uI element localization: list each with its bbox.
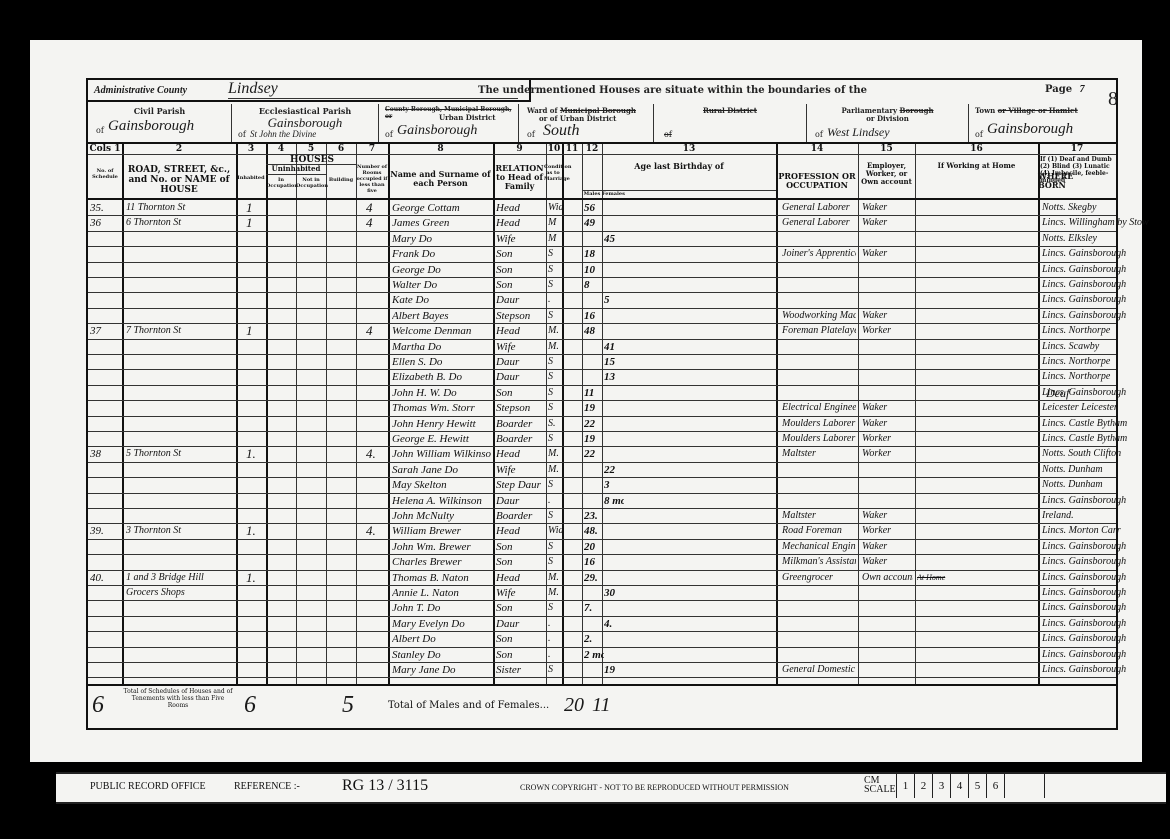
cell-sched: 38 bbox=[90, 446, 120, 462]
cell-rooms: 4 bbox=[366, 323, 386, 339]
census-row bbox=[88, 616, 1116, 631]
admin-county-label: Administrative County bbox=[94, 85, 187, 96]
cell-name: John H. W. Do bbox=[392, 385, 491, 401]
cell-relation: Daur bbox=[496, 369, 545, 385]
cell-relation: Daur bbox=[496, 493, 545, 509]
ward-field: Ward of Municipal Borough or of Urban Di… bbox=[519, 104, 653, 142]
cell-occupation: General Domestic Servant bbox=[782, 662, 856, 678]
column-header-c14: Employer, Worker, or Own account bbox=[858, 162, 915, 186]
scale-mark: 5 bbox=[968, 774, 986, 798]
scale-mark: 4 bbox=[950, 774, 968, 798]
cell-occupation: Foreman Platelayer bbox=[782, 323, 856, 339]
cell-condition: S bbox=[548, 262, 566, 278]
cell-born: Notts. Dunham bbox=[1042, 477, 1162, 493]
cell-address: 7 Thornton St bbox=[126, 323, 234, 339]
scale-label: CMSCALE bbox=[864, 777, 896, 795]
intro-text: The undermentioned Houses are situate wi… bbox=[478, 85, 867, 96]
cell-male_age: 2. bbox=[584, 631, 604, 647]
cell-name: Helena A. Wilkinson bbox=[392, 493, 491, 509]
page-label: Page bbox=[1045, 84, 1072, 95]
cell-condition: M. bbox=[548, 323, 566, 339]
cell-male_age: 10 bbox=[584, 262, 604, 278]
cell-born: Notts. Skegby bbox=[1042, 200, 1162, 216]
cell-male_age: 56 bbox=[584, 200, 604, 216]
cell-male_age: 48. bbox=[584, 523, 604, 539]
column-header-c15: If Working at Home bbox=[915, 162, 1038, 170]
eccl-parish-value-2: St John the Divine bbox=[250, 129, 316, 139]
cell-relation: Wife bbox=[496, 585, 545, 601]
cell-employ: Waker bbox=[862, 416, 913, 432]
cell-condition: S bbox=[548, 308, 566, 324]
cell-relation: Head bbox=[496, 523, 545, 539]
cell-relation: Wife bbox=[496, 231, 545, 247]
column-header-c3: Inhabited bbox=[236, 175, 266, 181]
cell-occupation: Woodworking Machine Minder bbox=[782, 308, 856, 324]
scale-mark: 3 bbox=[932, 774, 950, 798]
scale-mark: 6 bbox=[986, 774, 1004, 798]
cell-relation: Head bbox=[496, 200, 545, 216]
cell-condition: S bbox=[548, 539, 566, 555]
cell-born: Lincs. Gainsborough bbox=[1042, 246, 1162, 262]
cell-relation: Son bbox=[496, 385, 545, 401]
census-form: Administrative County Lindsey The underm… bbox=[86, 78, 1118, 730]
cell-occupation: Greengrocer bbox=[782, 570, 856, 586]
admin-county-box: Administrative County Lindsey bbox=[88, 80, 531, 102]
scale-mark: 1 bbox=[896, 774, 914, 798]
cell-male_age: 29. bbox=[584, 570, 604, 586]
column-number: 8 bbox=[388, 144, 493, 154]
cell-relation: Step Daur bbox=[496, 477, 545, 493]
cell-condition: S bbox=[548, 508, 566, 524]
cell-occupation: Moulders Laborer Foundry bbox=[782, 431, 856, 447]
cell-born: Lincs. Gainsborough bbox=[1042, 600, 1162, 616]
column-number: 4 bbox=[266, 144, 296, 154]
record-office-footer: PUBLIC RECORD OFFICE REFERENCE :- RG 13 … bbox=[56, 772, 1166, 804]
cell-employ: Worker bbox=[862, 323, 913, 339]
cell-relation: Son bbox=[496, 262, 545, 278]
copyright-notice: CROWN COPYRIGHT - NOT TO BE REPRODUCED W… bbox=[520, 783, 789, 792]
cell-name: Sarah Jane Do bbox=[392, 462, 491, 478]
census-row bbox=[88, 462, 1116, 477]
cell-condition: . bbox=[548, 647, 566, 663]
town-value: Gainsborough bbox=[987, 121, 1073, 138]
cell-relation: Stepson bbox=[496, 308, 545, 324]
cell-occupation: Moulders Laborer in Foundry bbox=[782, 416, 856, 432]
cell-relation: Sister bbox=[496, 662, 545, 678]
cell-male_age: 18 bbox=[584, 246, 604, 262]
cell-name: George E. Hewitt bbox=[392, 431, 491, 447]
cell-rooms: 4. bbox=[366, 446, 386, 462]
scale-blank bbox=[1004, 774, 1045, 798]
cell-name: Martha Do bbox=[392, 339, 491, 355]
cell-name: Kate Do bbox=[392, 292, 491, 308]
cell-born: Lincs. Morton Carr bbox=[1042, 523, 1162, 539]
cell-name: Thomas B. Naton bbox=[392, 570, 491, 586]
cell-condition: S bbox=[548, 277, 566, 293]
cell-relation: Head bbox=[496, 570, 545, 586]
cell-inhab: 1 bbox=[246, 215, 264, 231]
cell-name: Albert Bayes bbox=[392, 308, 491, 324]
cell-male_age: 11 bbox=[584, 385, 604, 401]
cell-name: George Do bbox=[392, 262, 491, 278]
cell-inhab: 1. bbox=[246, 570, 264, 586]
column-number: Cols 1 bbox=[88, 144, 122, 154]
of-label: of bbox=[238, 130, 246, 139]
column-number: 17 bbox=[1038, 144, 1116, 154]
cell-female_age: 5 bbox=[604, 292, 624, 308]
civil-parish-value: Gainsborough bbox=[108, 118, 194, 135]
cell-name: Thomas Wm. Storr bbox=[392, 400, 491, 416]
column-number: 11 bbox=[562, 144, 582, 154]
column-number: 6 bbox=[326, 144, 356, 154]
cell-name: John T. Do bbox=[392, 600, 491, 616]
of-label: of bbox=[385, 130, 393, 139]
cell-condition: S bbox=[548, 477, 566, 493]
cell-born: Lincs. Gainsborough bbox=[1042, 662, 1162, 678]
cell-relation: Son bbox=[496, 246, 545, 262]
cell-born: Leicester Leicester bbox=[1042, 400, 1162, 416]
column-header-c11: Males bbox=[582, 191, 602, 197]
column-header-c6: Building bbox=[326, 177, 356, 183]
cell-inhab: 1 bbox=[246, 200, 264, 216]
cell-employ: Waker bbox=[862, 554, 913, 570]
civil-parish-label: Civil Parish bbox=[88, 106, 231, 116]
cell-born: Lincs. Gainsborough bbox=[1042, 262, 1162, 278]
eccl-parish-field: Ecclesiastical Parish Gainsborough of St… bbox=[232, 104, 378, 142]
cell-relation: Son bbox=[496, 600, 545, 616]
cell-occupation: Maltster bbox=[782, 446, 856, 462]
cell-relation: Daur bbox=[496, 354, 545, 370]
column-number: 9 bbox=[493, 144, 546, 154]
cell-male_age: 20 bbox=[584, 539, 604, 555]
cell-sched: 39. bbox=[90, 523, 120, 539]
cell-relation: Son bbox=[496, 631, 545, 647]
cell-born: Lincs. Castle Bytham bbox=[1042, 416, 1162, 432]
scale-end bbox=[1044, 774, 1046, 798]
cell-male_age: 22 bbox=[584, 416, 604, 432]
cell-relation: Son bbox=[496, 539, 545, 555]
cell-condition: S bbox=[548, 354, 566, 370]
cell-condition: Wid bbox=[548, 523, 566, 539]
cell-name: John Henry Hewitt bbox=[392, 416, 491, 432]
cell-occupation: Mechanical Engineers Laborer Do bbox=[782, 539, 856, 555]
cell-name: Stanley Do bbox=[392, 647, 491, 663]
census-page: 8 Administrative County Lindsey The unde… bbox=[30, 40, 1142, 762]
column-header-c4: In Occupation bbox=[266, 177, 296, 189]
cell-relation: Boarder bbox=[496, 416, 545, 432]
cell-name: Frank Do bbox=[392, 246, 491, 262]
cell-sched: 40. bbox=[90, 570, 120, 586]
cell-employ: Waker bbox=[862, 308, 913, 324]
cell-relation: Wife bbox=[496, 462, 545, 478]
total-inhabited: 6 bbox=[244, 692, 256, 719]
cell-male_age: 19 bbox=[584, 431, 604, 447]
cell-born: Lincs. Gainsborough bbox=[1042, 292, 1162, 308]
cell-address: 1 and 3 Bridge Hill bbox=[126, 570, 234, 586]
cell-occupation: General Laborer bbox=[782, 215, 856, 231]
cell-condition: . bbox=[548, 292, 566, 308]
ward-value: South bbox=[543, 122, 579, 140]
cell-male_age: 8 bbox=[584, 277, 604, 293]
cell-male_age: 48 bbox=[584, 323, 604, 339]
cell-name: Welcome Denman bbox=[392, 323, 491, 339]
column-number: 5 bbox=[296, 144, 326, 154]
cell-relation: Head bbox=[496, 446, 545, 462]
census-row bbox=[88, 354, 1116, 369]
cell-born: Lincs. Gainsborough bbox=[1042, 308, 1162, 324]
column-header-c12: Females bbox=[602, 191, 622, 197]
total-rooms: 5 bbox=[342, 692, 354, 719]
cell-occupation: Road Foreman bbox=[782, 523, 856, 539]
cell-name: Mary Evelyn Do bbox=[392, 616, 491, 632]
census-row bbox=[88, 339, 1116, 354]
cell-occupation: Joiner's Apprentice bbox=[782, 246, 856, 262]
cell-relation: Daur bbox=[496, 292, 545, 308]
cell-condition: S bbox=[548, 385, 566, 401]
cell-employ: Waker bbox=[862, 215, 913, 231]
cell-female_age: 22 bbox=[604, 462, 624, 478]
column-header-c9: RELATION to Head of Family bbox=[493, 164, 546, 191]
cell-rooms: 4 bbox=[366, 215, 386, 231]
cell-employ: Waker bbox=[862, 539, 913, 555]
column-header-c13: PROFESSION OR OCCUPATION bbox=[776, 172, 858, 190]
cell-name: Albert Do bbox=[392, 631, 491, 647]
census-row bbox=[88, 585, 1116, 600]
census-row bbox=[88, 369, 1116, 384]
cell-employ: Waker bbox=[862, 200, 913, 216]
cell-condition: M. bbox=[548, 570, 566, 586]
cell-condition: M bbox=[548, 231, 566, 247]
cell-relation: Head bbox=[496, 215, 545, 231]
cell-male_age: 19 bbox=[584, 400, 604, 416]
cell-relation: Son bbox=[496, 647, 545, 663]
urban-district-field: County Borough, Municipal Borough, or Ur… bbox=[379, 104, 518, 142]
cell-male_age: 2 mo bbox=[584, 647, 604, 663]
cell-condition: M. bbox=[548, 446, 566, 462]
town-field: Town or Village or Hamlet of Gainsboroug… bbox=[969, 104, 1116, 142]
of-label: of bbox=[664, 130, 672, 139]
cell-born: Lincs. Gainsborough bbox=[1042, 616, 1162, 632]
cell-address: 6 Thornton St bbox=[126, 215, 234, 231]
parl-value: West Lindsey bbox=[827, 125, 890, 140]
cell-born: Lincs. Gainsborough bbox=[1042, 631, 1162, 647]
cell-female_age: 19 bbox=[604, 662, 624, 678]
census-row bbox=[88, 662, 1116, 677]
cell-condition: M. bbox=[548, 462, 566, 478]
cell-condition: S bbox=[548, 554, 566, 570]
cell-female_age: 30 bbox=[604, 585, 624, 601]
cell-condition: M. bbox=[548, 585, 566, 601]
cell-address: 11 Thornton St bbox=[126, 200, 234, 216]
cell-occupation: Milkman's Assistant bbox=[782, 554, 856, 570]
cell-name: John Wm. Brewer bbox=[392, 539, 491, 555]
cell-address: 3 Thornton St bbox=[126, 523, 234, 539]
cell-condition: . bbox=[548, 493, 566, 509]
census-row bbox=[88, 493, 1116, 508]
column-header-c8: Name and Surname of each Person bbox=[388, 170, 493, 188]
record-office-label: PUBLIC RECORD OFFICE bbox=[90, 781, 206, 792]
cell-born: Lincs. Gainsborough bbox=[1042, 539, 1162, 555]
cell-address: Grocers Shops bbox=[126, 585, 234, 601]
cell-born: Notts. Dunham bbox=[1042, 462, 1162, 478]
cell-inhab: 1 bbox=[246, 323, 264, 339]
civil-parish-field: Civil Parish of Gainsborough bbox=[88, 104, 231, 142]
cell-inhab: 1. bbox=[246, 446, 264, 462]
cell-born: Lincs. Scawby bbox=[1042, 339, 1162, 355]
cell-name: Charles Brewer bbox=[392, 554, 491, 570]
column-number: 3 bbox=[236, 144, 266, 154]
column-header-c2: ROAD, STREET, &c., and No. or NAME of HO… bbox=[124, 165, 234, 195]
column-header-c1: No. of Schedule bbox=[88, 168, 122, 180]
cell-occupation: General Laborer bbox=[782, 200, 856, 216]
parl-label-2: or Division bbox=[807, 114, 968, 123]
cell-name: George Cottam bbox=[392, 200, 491, 216]
of-label: of bbox=[815, 130, 823, 139]
cell-sched: 35. bbox=[90, 200, 120, 216]
cell-name: May Skelton bbox=[392, 477, 491, 493]
urban-district-label: Urban District bbox=[439, 113, 496, 122]
cell-name: James Green bbox=[392, 215, 491, 231]
cell-born: Lincs. Gainsborough bbox=[1042, 554, 1162, 570]
town-label-struck: or Village or Hamlet bbox=[998, 106, 1078, 115]
cell-relation: Boarder bbox=[496, 431, 545, 447]
census-row bbox=[88, 231, 1116, 246]
cell-male_age: 49 bbox=[584, 215, 604, 231]
cell-employ: Worker bbox=[862, 446, 913, 462]
cell-relation: Wife bbox=[496, 339, 545, 355]
cell-relation: Head bbox=[496, 323, 545, 339]
cell-condition: S bbox=[548, 662, 566, 678]
cell-condition: . bbox=[548, 631, 566, 647]
column-header-c10: Condition as to Marriage bbox=[544, 164, 562, 182]
cell-female_age: 13 bbox=[604, 369, 624, 385]
cell-infirm: Deaf bbox=[1046, 385, 1106, 401]
rural-district-label: Rural District bbox=[654, 106, 806, 115]
cell-relation: Boarder bbox=[496, 508, 545, 524]
cell-born: Notts. South Clifton bbox=[1042, 446, 1162, 462]
cell-name: Elizabeth B. Do bbox=[392, 369, 491, 385]
cell-born: Notts. Elksley bbox=[1042, 231, 1162, 247]
cell-female_age: 8 mo bbox=[604, 493, 624, 509]
cell-employ: Worker bbox=[862, 523, 913, 539]
cell-condition: . bbox=[548, 616, 566, 632]
cell-male_age: 7. bbox=[584, 600, 604, 616]
cell-condition: S bbox=[548, 600, 566, 616]
cell-born: Lincs. Gainsborough bbox=[1042, 277, 1162, 293]
column-number: 12 bbox=[582, 144, 602, 154]
cell-rooms: 4 bbox=[366, 200, 386, 216]
cell-relation: Son bbox=[496, 554, 545, 570]
cell-name: Annie L. Naton bbox=[392, 585, 491, 601]
cell-relation: Stepson bbox=[496, 400, 545, 416]
page-number: 7 bbox=[1080, 84, 1085, 95]
cell-born: Lincs. Gainsborough bbox=[1042, 493, 1162, 509]
rural-district-field: Rural District of bbox=[654, 104, 806, 142]
total-schedules: 6 bbox=[92, 692, 104, 719]
total-females: 11 bbox=[592, 694, 611, 717]
cell-male_age: 22 bbox=[584, 446, 604, 462]
cell-home: At Home bbox=[917, 570, 1036, 586]
column-header-c7: Number of Rooms occupied if less than fi… bbox=[356, 164, 388, 194]
column-header-c11_12: Age last Birthday of bbox=[582, 162, 776, 171]
cell-rooms: 4. bbox=[366, 523, 386, 539]
cell-male_age: 16 bbox=[584, 554, 604, 570]
cell-condition: Wid bbox=[548, 200, 566, 216]
cell-condition: S bbox=[548, 246, 566, 262]
page-number-label: Page 7 bbox=[1045, 84, 1085, 95]
cell-relation: Daur bbox=[496, 616, 545, 632]
of-label: of bbox=[975, 130, 983, 139]
cell-address: 5 Thornton St bbox=[126, 446, 234, 462]
cell-female_age: 41 bbox=[604, 339, 624, 355]
census-row bbox=[88, 292, 1116, 307]
column-number: 16 bbox=[915, 144, 1038, 154]
cell-condition: S bbox=[548, 431, 566, 447]
cell-born: Ireland. bbox=[1042, 508, 1162, 524]
cell-born: Lincs. Northorpe bbox=[1042, 323, 1162, 339]
total-males: 20 bbox=[564, 694, 584, 717]
cell-employ: Own account bbox=[862, 570, 913, 586]
town-label: Town bbox=[975, 106, 995, 115]
cell-employ: Waker bbox=[862, 246, 913, 262]
parliamentary-division-field: Parliamentary Borough or Division of Wes… bbox=[807, 104, 968, 142]
cell-occupation: Maltster bbox=[782, 508, 856, 524]
column-number: 2 bbox=[122, 144, 236, 154]
cell-employ: Waker bbox=[862, 508, 913, 524]
cell-condition: S bbox=[548, 400, 566, 416]
cell-born: Lincs. Castle Bytham bbox=[1042, 431, 1162, 447]
column-header-c17: If (1) Deaf and Dumb (2) Blind (3) Lunat… bbox=[1040, 156, 1116, 184]
cell-name: Ellen S. Do bbox=[392, 354, 491, 370]
cell-male_age: 16 bbox=[584, 308, 604, 324]
urban-district-value: Gainsborough bbox=[397, 123, 477, 139]
column-number: 15 bbox=[858, 144, 915, 154]
cell-born: Lincs. Northorpe bbox=[1042, 369, 1162, 385]
cell-name: John McNulty bbox=[392, 508, 491, 524]
column-number: 13 bbox=[602, 144, 776, 154]
column-number: 7 bbox=[356, 144, 388, 154]
column-header-uninhabited: Uninhabited bbox=[266, 165, 326, 173]
cell-born: Lincs. Gainsborough bbox=[1042, 585, 1162, 601]
cell-condition: M bbox=[548, 215, 566, 231]
cell-condition: M. bbox=[548, 339, 566, 355]
column-number: 14 bbox=[776, 144, 858, 154]
cell-inhab: 1. bbox=[246, 523, 264, 539]
cell-name: John William Wilkinson bbox=[392, 446, 491, 462]
cell-employ: Worker bbox=[862, 431, 913, 447]
scale-mark: 2 bbox=[914, 774, 932, 798]
totals-label: Total of Males and of Females... bbox=[388, 700, 549, 711]
cell-sched: 36 bbox=[90, 215, 120, 231]
totals-row: 6 Total of Schedules of Houses and of Te… bbox=[88, 684, 1116, 730]
cell-female_age: 45 bbox=[604, 231, 624, 247]
column-header-c5: Not in Occupation bbox=[296, 177, 326, 189]
cell-female_age: 3 bbox=[604, 477, 624, 493]
cell-name: Mary Do bbox=[392, 231, 491, 247]
cell-name: William Brewer bbox=[392, 523, 491, 539]
cell-sched: 37 bbox=[90, 323, 120, 339]
total-schedules-label: Total of Schedules of Houses and of Tene… bbox=[122, 688, 234, 709]
cell-occupation: Electrical Engineer Labor bbox=[782, 400, 856, 416]
reference-number: RG 13 / 3115 bbox=[342, 777, 428, 795]
cell-born: Lincs. Northorpe bbox=[1042, 354, 1162, 370]
scale-label-2: SCALE bbox=[864, 784, 896, 795]
census-row bbox=[88, 477, 1116, 492]
cell-name: Mary Jane Do bbox=[392, 662, 491, 678]
cell-employ: Waker bbox=[862, 400, 913, 416]
cell-condition: S bbox=[548, 369, 566, 385]
of-label: of bbox=[96, 126, 104, 135]
